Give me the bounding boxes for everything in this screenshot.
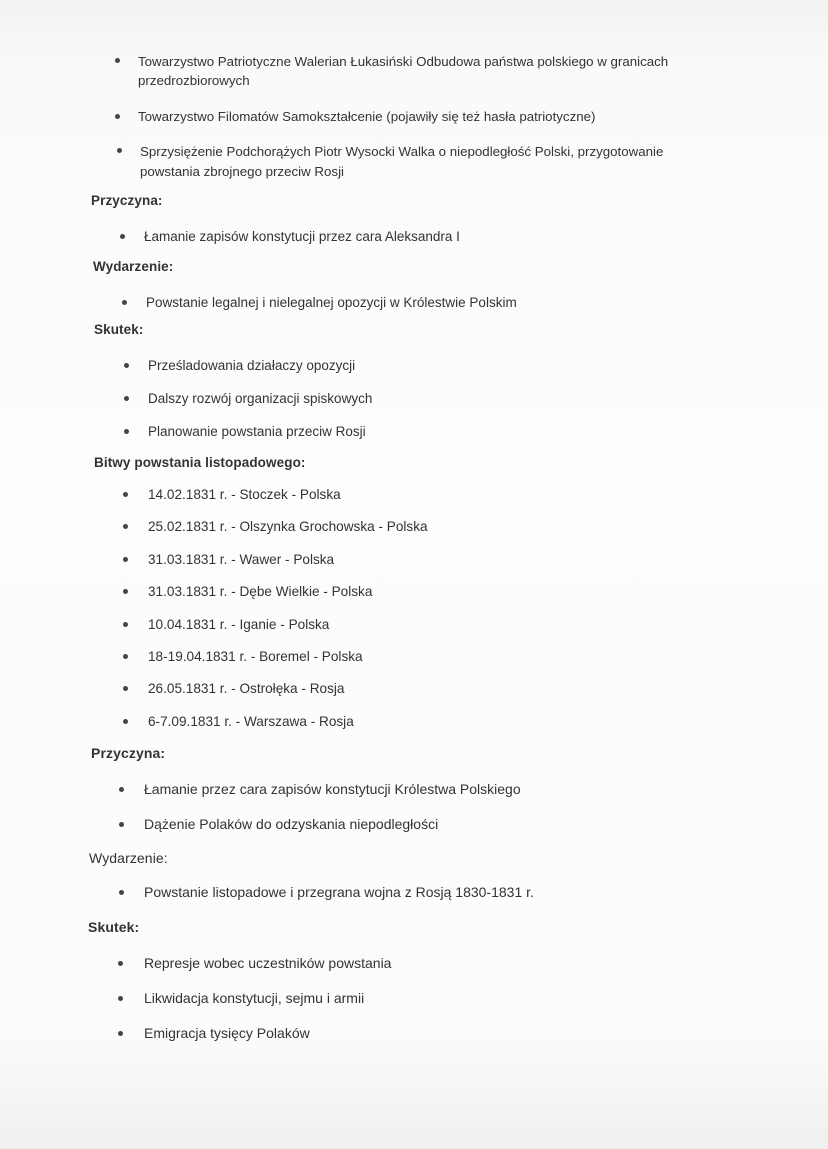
effect-text: Dalszy rozwój organizacji spiskowych: [148, 390, 372, 408]
effect-heading: Skutek:: [94, 322, 143, 337]
bullet-icon: [124, 396, 129, 401]
cause-heading: Przyczyna:: [91, 193, 163, 208]
effect-text: Likwidacja konstytucji, sejmu i armii: [144, 989, 364, 1007]
bullet-icon: [120, 234, 125, 239]
bullet-icon: [119, 822, 124, 827]
bullet-icon: [119, 787, 124, 792]
battle-text: 31.03.1831 r. - Dębe Wielkie - Polska: [148, 583, 372, 601]
battle-text: 14.02.1831 r. - Stoczek - Polska: [148, 486, 341, 504]
cause-text: Dążenie Polaków do odzyskania niepodległ…: [144, 815, 438, 833]
bullet-icon: [115, 114, 120, 119]
bullet-icon: [123, 686, 128, 691]
bullet-icon: [123, 589, 128, 594]
bullet-icon: [122, 300, 127, 305]
bullet-icon: [118, 1031, 123, 1036]
bullet-icon: [123, 654, 128, 659]
battle-text: 26.05.1831 r. - Ostrołęka - Rosja: [148, 680, 344, 698]
bullet-icon: [118, 996, 123, 1001]
bullet-icon: [123, 622, 128, 627]
bullet-icon: [123, 492, 128, 497]
event-text: Powstanie legalnej i nielegalnej opozycj…: [146, 294, 517, 312]
effect-heading: Skutek:: [88, 919, 139, 935]
bullet-icon: [117, 148, 122, 153]
bullet-icon: [123, 557, 128, 562]
battle-text: 10.04.1831 r. - Iganie - Polska: [148, 616, 329, 634]
event-heading: Wydarzenie:: [93, 259, 173, 274]
bullet-icon: [119, 890, 124, 895]
bullet-icon: [124, 363, 129, 368]
document-page: Towarzystwo Patriotyczne Walerian Łukasi…: [0, 0, 828, 1149]
organization-text: Towarzystwo Patriotyczne Walerian Łukasi…: [138, 52, 728, 90]
effect-text: Prześladowania działaczy opozycji: [148, 357, 355, 375]
bullet-icon: [118, 961, 123, 966]
event-heading: Wydarzenie:: [89, 850, 168, 866]
effect-text: Emigracja tysięcy Polaków: [144, 1024, 310, 1042]
battle-text: 6-7.09.1831 r. - Warszawa - Rosja: [148, 713, 354, 731]
bullet-icon: [115, 58, 120, 63]
bullet-icon: [123, 719, 128, 724]
organization-text: Towarzystwo Filomatów Samokształcenie (p…: [138, 108, 595, 126]
cause-text: Łamanie zapisów konstytucji przez cara A…: [144, 228, 460, 246]
effect-text: Represje wobec uczestników powstania: [144, 954, 391, 972]
battle-text: 18-19.04.1831 r. - Boremel - Polska: [148, 648, 363, 666]
event-text: Powstanie listopadowe i przegrana wojna …: [144, 883, 534, 901]
cause-text: Łamanie przez cara zapisów konstytucji K…: [144, 780, 521, 798]
organization-text: Sprzysiężenie Podchorążych Piotr Wysocki…: [140, 142, 720, 182]
effect-text: Planowanie powstania przeciw Rosji: [148, 423, 366, 441]
bullet-icon: [123, 524, 128, 529]
bullet-icon: [124, 429, 129, 434]
battle-text: 25.02.1831 r. - Olszynka Grochowska - Po…: [148, 518, 428, 536]
battle-text: 31.03.1831 r. - Wawer - Polska: [148, 551, 334, 569]
cause-heading: Przyczyna:: [91, 745, 165, 761]
battles-heading: Bitwy powstania listopadowego:: [94, 455, 306, 470]
